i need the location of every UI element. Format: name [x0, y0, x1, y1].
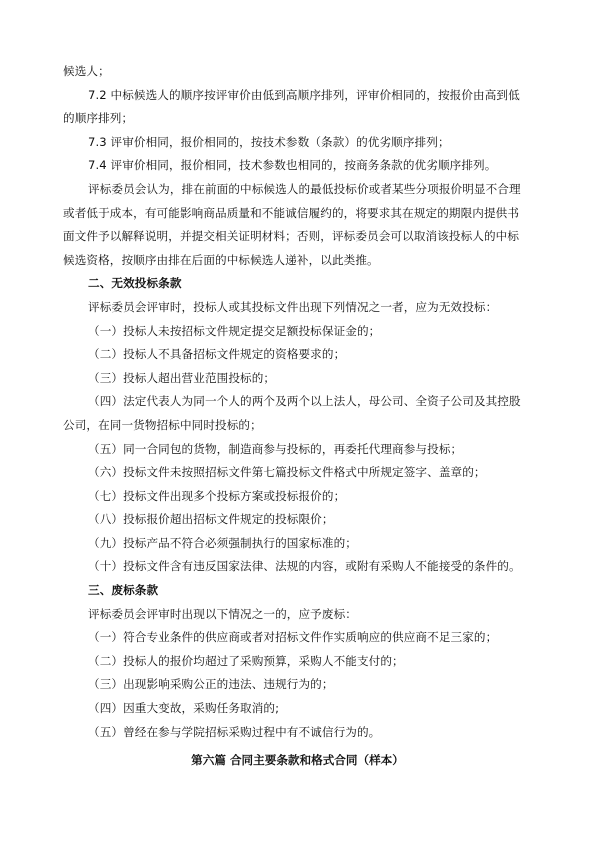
clause-7-2: 7.2 中标候选人的顺序按评审价由低到高顺序排列，评审价相同的，按报价由高到低: [63, 84, 539, 108]
committee-paragraph-cont: 候选资格，按顺序由排在后面的中标候选人递补，以此类推。: [63, 249, 539, 273]
section-heading-abolish-bid: 三、废标条款: [63, 579, 539, 603]
clause-7-2-cont: 的顺序排列；: [63, 107, 539, 131]
committee-paragraph-cont: 面文件予以解释说明，并提交相关证明材料；否则，评标委员会可以取消该投标人的中标: [63, 225, 539, 249]
committee-paragraph: 评标委员会认为，排在前面的中标候选人的最低投标价或者某些分项报价明显不合理: [63, 178, 539, 202]
list-item-cont: 公司，在同一货物招标中同时投标的；: [63, 414, 539, 438]
list-item: （一）投标人未按招标文件规定提交足额投标保证金的；: [63, 320, 539, 344]
list-item: （二）投标人的报价均超过了采购预算，采购人不能支付的；: [63, 650, 539, 674]
section-intro: 评标委员会评审时出现以下情况之一的，应予废标：: [63, 603, 539, 627]
paragraph-line: 候选人；: [63, 60, 539, 84]
list-item: （三）投标人超出营业范围投标的；: [63, 367, 539, 391]
clause-7-4: 7.4 评审价相同，报价相同，技术参数也相同的，按商务条款的优劣顺序排列。: [63, 154, 539, 178]
list-item: （十）投标文件含有违反国家法律、法规的内容，或附有采购人不能接受的条件的。: [63, 555, 539, 579]
list-item: （九）投标产品不符合必须强制执行的国家标准的；: [63, 532, 539, 556]
list-item: （五）曾经在参与学院招标采购过程中有不诚信行为的。: [63, 721, 539, 745]
list-item: （三）出现影响采购公正的违法、违规行为的；: [63, 673, 539, 697]
section-intro: 评标委员会评审时，投标人或其投标文件出现下列情况之一者，应为无效投标：: [63, 296, 539, 320]
list-item: （四）法定代表人为同一个人的两个及两个以上法人，母公司、全资子公司及其控股: [63, 390, 539, 414]
list-item: （七）投标文件出现多个投标方案或投标报价的；: [63, 485, 539, 509]
chapter-title: 第六篇 合同主要条款和格式合同（样本）: [0, 752, 595, 768]
list-item: （一）符合专业条件的供应商或者对招标文件作实质响应的供应商不足三家的；: [63, 626, 539, 650]
clause-7-3: 7.3 评审价相同，报价相同的，按技术参数（条款）的优劣顺序排列；: [63, 131, 539, 155]
committee-paragraph-cont: 或者低于成本，有可能影响商品质量和不能诚信履约的，将要求其在规定的期限内提供书: [63, 202, 539, 226]
document-page: 候选人； 7.2 中标候选人的顺序按评审价由低到高顺序排列，评审价相同的，按报价…: [63, 60, 539, 744]
list-item: （二）投标人不具备招标文件规定的资格要求的；: [63, 343, 539, 367]
list-item: （八）投标报价超出招标文件规定的投标限价；: [63, 508, 539, 532]
list-item: （五）同一合同包的货物，制造商参与投标的，再委托代理商参与投标；: [63, 438, 539, 462]
list-item: （六）投标文件未按照招标文件第七篇投标文件格式中所规定签字、盖章的；: [63, 461, 539, 485]
list-item: （四）因重大变故，采购任务取消的;: [63, 697, 539, 721]
section-heading-invalid-bid: 二、无效投标条款: [63, 272, 539, 296]
